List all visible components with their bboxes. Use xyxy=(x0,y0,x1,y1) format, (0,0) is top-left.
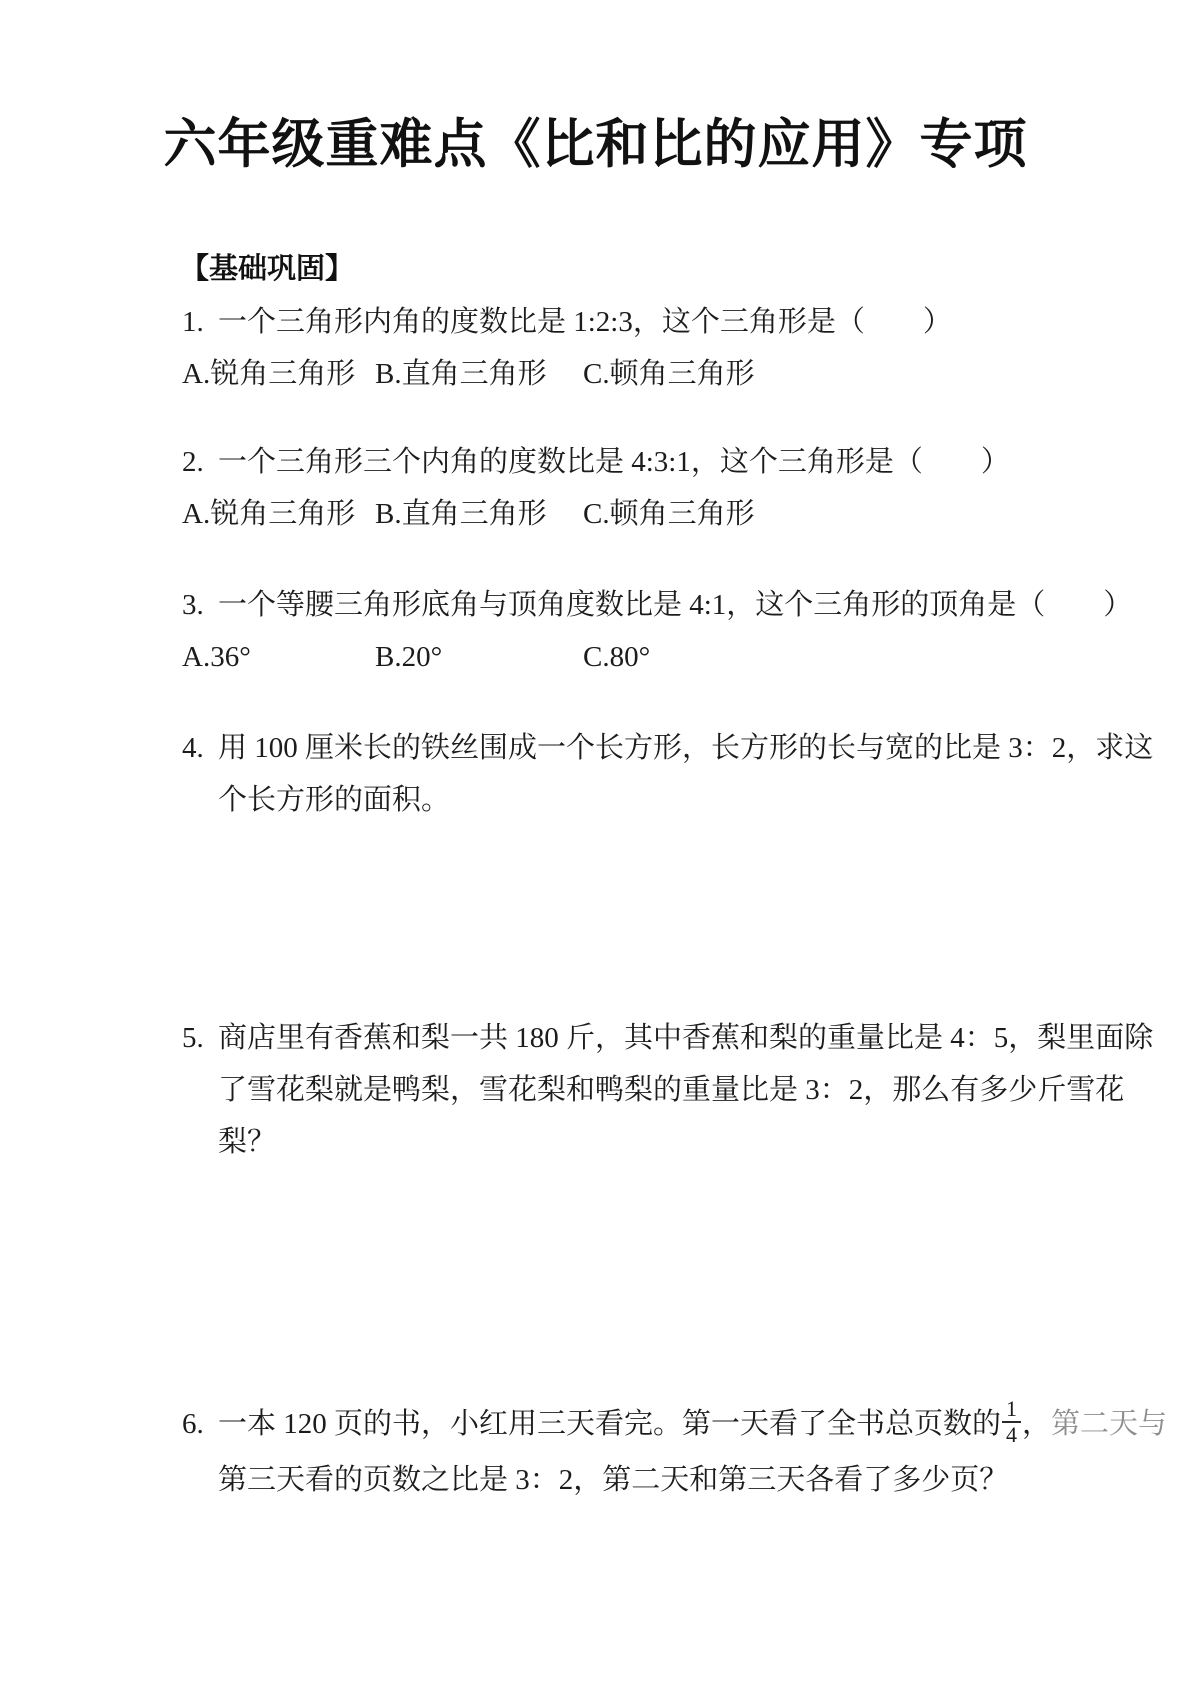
fraction-one-fourth: 14 xyxy=(1002,1397,1021,1447)
question-2-option-a: A.锐角三角形 xyxy=(182,488,375,540)
question-6-comma: ， xyxy=(1022,1408,1051,1440)
question-5-number: 5. xyxy=(182,1012,218,1064)
question-6-text-line-2: 第三天看的页数之比是 3：2，第二天和第三天各看了多少页？ xyxy=(218,1464,1008,1496)
question-6: 6.一本 120 页的书，小红用三天看完。第一天看了全书总页数的14，第二天与 … xyxy=(182,1396,1101,1508)
question-1-option-c: C.顿角三角形 xyxy=(583,348,755,400)
question-2-option-b: B.直角三角形 xyxy=(375,488,583,540)
question-1-text: 一个三角形内角的度数比是 1:2:3，这个三角形是（ ） xyxy=(218,306,952,338)
question-5-text-line-1: 商店里有香蕉和梨一共 180 斤，其中香蕉和梨的重量比是 4：5，梨里面除 xyxy=(218,1022,1153,1054)
question-3: 3.一个等腰三角形底角与顶角度数比是 4:1，这个三角形的顶角是（ ） A.36… xyxy=(182,579,1101,683)
question-2-options: A.锐角三角形 B.直角三角形 C.顿角三角形 xyxy=(182,488,1101,540)
fraction-numerator: 1 xyxy=(1002,1397,1021,1423)
question-1: 1.一个三角形内角的度数比是 1:2:3，这个三角形是（ ） A.锐角三角形 B… xyxy=(182,296,1101,400)
question-5-line-3: 梨？ xyxy=(182,1116,1101,1168)
question-2-option-c: C.顿角三角形 xyxy=(583,488,755,540)
question-3-option-b: B.20° xyxy=(375,631,583,683)
question-4-text-line-1: 用 100 厘米长的铁丝围成一个长方形，长方形的长与宽的比是 3：2，求这 xyxy=(218,732,1153,764)
question-4: 4.用 100 厘米长的铁丝围成一个长方形，长方形的长与宽的比是 3：2，求这 … xyxy=(182,722,1101,826)
question-2-line: 2.一个三角形三个内角的度数比是 4:3:1，这个三角形是（ ） xyxy=(182,436,1101,488)
question-2: 2.一个三角形三个内角的度数比是 4:3:1，这个三角形是（ ） A.锐角三角形… xyxy=(182,436,1101,540)
question-1-option-a: A.锐角三角形 xyxy=(182,348,375,400)
question-4-text-line-2: 个长方形的面积。 xyxy=(218,784,450,816)
question-3-option-a: A.36° xyxy=(182,631,375,683)
question-3-options: A.36° B.20° C.80° xyxy=(182,631,1101,683)
question-6-line-2: 第三天看的页数之比是 3：2，第二天和第三天各看了多少页？ xyxy=(182,1452,1101,1508)
question-1-line: 1.一个三角形内角的度数比是 1:2:3，这个三角形是（ ） xyxy=(182,296,1101,348)
question-3-text: 一个等腰三角形底角与顶角度数比是 4:1，这个三角形的顶角是（ ） xyxy=(218,589,1132,621)
question-3-option-c: C.80° xyxy=(583,631,650,683)
question-3-line: 3.一个等腰三角形底角与顶角度数比是 4:1，这个三角形的顶角是（ ） xyxy=(182,579,1101,631)
question-4-line-2: 个长方形的面积。 xyxy=(182,774,1101,826)
question-5-line-1: 5.商店里有香蕉和梨一共 180 斤，其中香蕉和梨的重量比是 4：5，梨里面除 xyxy=(182,1012,1101,1064)
page-title: 六年级重难点《比和比的应用》专项 xyxy=(0,102,1191,178)
question-4-line-1: 4.用 100 厘米长的铁丝围成一个长方形，长方形的长与宽的比是 3：2，求这 xyxy=(182,722,1101,774)
question-6-number: 6. xyxy=(182,1396,218,1452)
question-5-text-line-2: 了雪花梨就是鸭梨，雪花梨和鸭梨的重量比是 3：2，那么有多少斤雪花 xyxy=(218,1074,1124,1106)
question-6-line-1: 6.一本 120 页的书，小红用三天看完。第一天看了全书总页数的14，第二天与 xyxy=(182,1396,1101,1452)
question-1-options: A.锐角三角形 B.直角三角形 C.顿角三角形 xyxy=(182,348,1101,400)
question-1-number: 1. xyxy=(182,296,218,348)
question-5: 5.商店里有香蕉和梨一共 180 斤，其中香蕉和梨的重量比是 4：5，梨里面除 … xyxy=(182,1012,1101,1168)
question-1-option-b: B.直角三角形 xyxy=(375,348,583,400)
question-2-number: 2. xyxy=(182,436,218,488)
question-3-number: 3. xyxy=(182,579,218,631)
question-5-line-2: 了雪花梨就是鸭梨，雪花梨和鸭梨的重量比是 3：2，那么有多少斤雪花 xyxy=(182,1064,1101,1116)
question-4-number: 4. xyxy=(182,722,218,774)
question-5-text-line-3: 梨？ xyxy=(218,1126,276,1158)
question-2-text: 一个三角形三个内角的度数比是 4:3:1，这个三角形是（ ） xyxy=(218,446,1010,478)
fraction-denominator: 4 xyxy=(1002,1423,1021,1447)
question-6-text-before-fraction: 一本 120 页的书，小红用三天看完。第一天看了全书总页数的 xyxy=(218,1408,1001,1440)
section-header: 【基础巩固】 xyxy=(180,246,354,287)
question-6-gray-text: 第二天与 xyxy=(1051,1408,1167,1440)
